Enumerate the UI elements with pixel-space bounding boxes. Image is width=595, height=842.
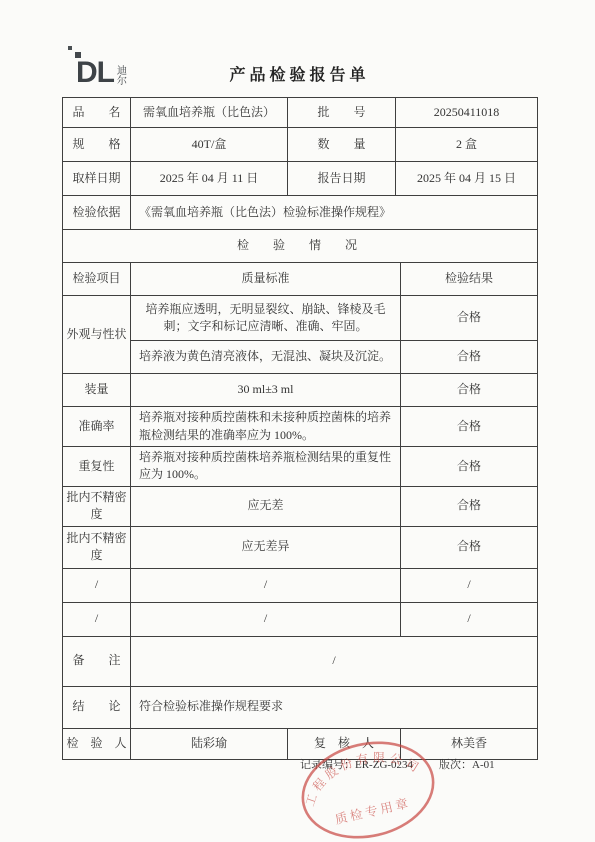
product-name-label: 品 名 bbox=[63, 98, 131, 128]
precision1-standard: 应无差 bbox=[131, 486, 401, 526]
blank1-label: / bbox=[63, 568, 131, 602]
spec-value: 40T/盒 bbox=[131, 128, 288, 162]
repeatability-label: 重复性 bbox=[63, 447, 131, 487]
appearance-standard-1: 培养瓶应透明，无明显裂纹、崩缺、锋棱及毛刺；文字和标记应清晰、准确、牢固。 bbox=[131, 296, 401, 341]
batch-value: 20250411018 bbox=[396, 98, 538, 128]
repeatability-standard: 培养瓶对接种质控菌株培养瓶检测结果的重复性应为 100%。 bbox=[131, 447, 401, 487]
table-row: 检 验 情 况 bbox=[63, 230, 538, 263]
qty-label: 数 量 bbox=[288, 128, 396, 162]
col-result-header: 检验结果 bbox=[401, 263, 538, 296]
precision2-standard: 应无差异 bbox=[131, 526, 401, 568]
reviewer-value: 林美香 bbox=[401, 728, 538, 759]
table-row: 检验依据 《需氧血培养瓶（比色法）检验标准操作规程》 bbox=[63, 196, 538, 230]
appearance-label: 外观与性状 bbox=[63, 296, 131, 374]
blank2-result: / bbox=[401, 602, 538, 636]
inspector-label: 检 验 人 bbox=[63, 728, 131, 759]
appearance-standard-2: 培养液为黄色清亮液体，无混浊、凝块及沉淀。 bbox=[131, 341, 401, 374]
report-table: 品 名 需氧血培养瓶（比色法） 批 号 20250411018 规 格 40T/… bbox=[62, 97, 538, 760]
table-row: 结 论 符合检验标准操作规程要求 bbox=[63, 686, 538, 728]
accuracy-standard: 培养瓶对接种质控菌株和未接种质控菌株的培养瓶检测结果的准确率应为 100%。 bbox=[131, 407, 401, 447]
precision2-label: 批内不精密度 bbox=[63, 526, 131, 568]
batch-label: 批 号 bbox=[288, 98, 396, 128]
conclusion-label: 结 论 bbox=[63, 686, 131, 728]
report-date-label: 报告日期 bbox=[288, 162, 396, 196]
appearance-result-2: 合格 bbox=[401, 341, 538, 374]
table-row: 培养液为黄色清亮液体，无混浊、凝块及沉淀。 合格 bbox=[63, 341, 538, 374]
product-name-value: 需氧血培养瓶（比色法） bbox=[131, 98, 288, 128]
precision2-result: 合格 bbox=[401, 526, 538, 568]
table-row: 装量 30 ml±3 ml 合格 bbox=[63, 374, 538, 407]
basis-value: 《需氧血培养瓶（比色法）检验标准操作规程》 bbox=[131, 196, 538, 230]
col-item-header: 检验项目 bbox=[63, 263, 131, 296]
table-row: 重复性 培养瓶对接种质控菌株培养瓶检测结果的重复性应为 100%。 合格 bbox=[63, 447, 538, 487]
blank1-result: / bbox=[401, 568, 538, 602]
version-number: 版次：A-01 bbox=[439, 756, 495, 772]
table-header-row: 检验项目 质量标准 检验结果 bbox=[63, 263, 538, 296]
precision1-result: 合格 bbox=[401, 486, 538, 526]
record-number: 记录编号：ER-ZG-0234 bbox=[300, 756, 413, 772]
volume-label: 装量 bbox=[63, 374, 131, 407]
section-title: 检 验 情 况 bbox=[63, 230, 538, 263]
qty-value: 2 盒 bbox=[396, 128, 538, 162]
report-page: DL 迪 尔 产品检验报告单 品 名 需氧血培养瓶（比色法） 批 号 20250… bbox=[0, 0, 595, 842]
appearance-result-1: 合格 bbox=[401, 296, 538, 341]
col-standard-header: 质量标准 bbox=[131, 263, 401, 296]
sample-date-label: 取样日期 bbox=[63, 162, 131, 196]
conclusion-value: 符合检验标准操作规程要求 bbox=[131, 686, 538, 728]
accuracy-label: 准确率 bbox=[63, 407, 131, 447]
spec-label: 规 格 bbox=[63, 128, 131, 162]
sample-date-value: 2025 年 04 月 11 日 bbox=[131, 162, 288, 196]
volume-standard: 30 ml±3 ml bbox=[131, 374, 401, 407]
basis-label: 检验依据 bbox=[63, 196, 131, 230]
accuracy-result: 合格 bbox=[401, 407, 538, 447]
blank2-label: / bbox=[63, 602, 131, 636]
precision1-label: 批内不精密度 bbox=[63, 486, 131, 526]
table-row: 品 名 需氧血培养瓶（比色法） 批 号 20250411018 bbox=[63, 98, 538, 128]
table-row: / / / bbox=[63, 568, 538, 602]
table-row: 备 注 / bbox=[63, 636, 538, 686]
blank2-standard: / bbox=[131, 602, 401, 636]
repeatability-result: 合格 bbox=[401, 447, 538, 487]
remark-label: 备 注 bbox=[63, 636, 131, 686]
reviewer-label: 复 核 人 bbox=[288, 728, 401, 759]
table-row: 批内不精密度 应无差异 合格 bbox=[63, 526, 538, 568]
table-row: 外观与性状 培养瓶应透明，无明显裂纹、崩缺、锋棱及毛刺；文字和标记应清晰、准确、… bbox=[63, 296, 538, 341]
report-date-value: 2025 年 04 月 15 日 bbox=[396, 162, 538, 196]
volume-result: 合格 bbox=[401, 374, 538, 407]
inspector-value: 陆彩瑜 bbox=[131, 728, 288, 759]
table-row: 取样日期 2025 年 04 月 11 日 报告日期 2025 年 04 月 1… bbox=[63, 162, 538, 196]
remark-value: / bbox=[131, 636, 538, 686]
table-row: 规 格 40T/盒 数 量 2 盒 bbox=[63, 128, 538, 162]
table-row: / / / bbox=[63, 602, 538, 636]
table-row: 批内不精密度 应无差 合格 bbox=[63, 486, 538, 526]
blank1-standard: / bbox=[131, 568, 401, 602]
table-row: 准确率 培养瓶对接种质控菌株和未接种质控菌株的培养瓶检测结果的准确率应为 100… bbox=[63, 407, 538, 447]
table-row: 检 验 人 陆彩瑜 复 核 人 林美香 bbox=[63, 728, 538, 759]
document-footer: 记录编号：ER-ZG-0234 版次：A-01 bbox=[300, 756, 540, 772]
stamp-bottom-text: 质检专用章 bbox=[333, 795, 412, 827]
page-title: 产品检验报告单 bbox=[62, 62, 537, 85]
